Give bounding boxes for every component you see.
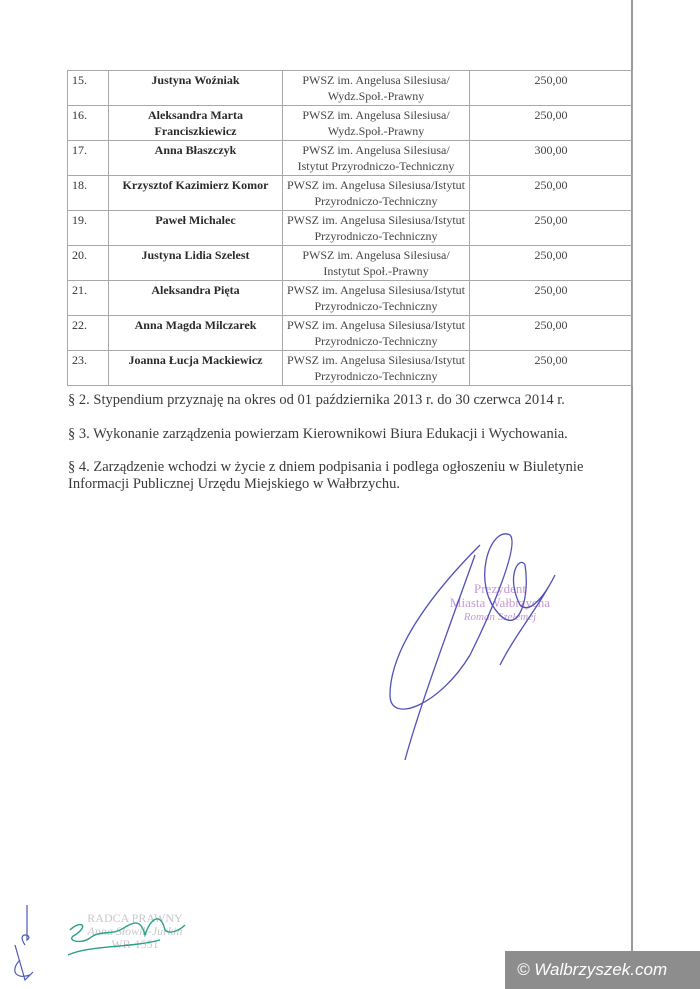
amount: 250,00 [470,211,633,246]
row-number: 19. [68,211,109,246]
institution: PWSZ im. Angelusa Silesiusa/ Instytut Sp… [283,246,470,281]
institution: PWSZ im. Angelusa Silesiusa/Istytut Przy… [283,281,470,316]
row-number: 22. [68,316,109,351]
row-number: 16. [68,106,109,141]
amount: 250,00 [470,281,633,316]
table-row: 16. Aleksandra Marta Franciszkiewicz PWS… [68,106,633,141]
student-name: Aleksandra Marta Franciszkiewicz [109,106,283,141]
table-row: 22. Anna Magda Milczarek PWSZ im. Angelu… [68,316,633,351]
amount: 250,00 [470,106,633,141]
table-row: 20. Justyna Lidia Szelest PWSZ im. Angel… [68,246,633,281]
scholarship-table: 15. Justyna Woźniak PWSZ im. Angelusa Si… [67,70,633,386]
institution: PWSZ im. Angelusa Silesiusa/ Wydz.Społ.-… [283,106,470,141]
row-number: 15. [68,71,109,106]
table-row: 21. Aleksandra Pięta PWSZ im. Angelusa S… [68,281,633,316]
amount: 250,00 [470,71,633,106]
table-row: 17. Anna Błaszczyk PWSZ im. Angelusa Sil… [68,141,633,176]
institution: PWSZ im. Angelusa Silesiusa/Istytut Przy… [283,316,470,351]
amount: 250,00 [470,176,633,211]
institution: PWSZ im. Angelusa Silesiusa/ Wydz.Społ.-… [283,71,470,106]
paragraph-3: § 3. Wykonanie zarządzenia powierzam Kie… [68,426,628,443]
initials-mark [5,900,45,985]
table-row: 15. Justyna Woźniak PWSZ im. Angelusa Si… [68,71,633,106]
row-number: 23. [68,351,109,386]
paragraph-4: § 4. Zarządzenie wchodzi w życie z dniem… [68,459,648,493]
row-number: 18. [68,176,109,211]
student-name: Anna Błaszczyk [109,141,283,176]
student-name: Justyna Woźniak [109,71,283,106]
student-name: Paweł Michalec [109,211,283,246]
institution: PWSZ im. Angelusa Silesiusa/Istytut Przy… [283,351,470,386]
student-name: Krzysztof Kazimierz Komor [109,176,283,211]
amount: 250,00 [470,316,633,351]
row-number: 21. [68,281,109,316]
president-signature [380,525,580,775]
table-row: 23. Joanna Łucja Mackiewicz PWSZ im. Ang… [68,351,633,386]
student-name: Joanna Łucja Mackiewicz [109,351,283,386]
watermark: © Walbrzyszek.com [505,951,700,989]
institution: PWSZ im. Angelusa Silesiusa/ Istytut Prz… [283,141,470,176]
legal-signature [60,910,190,970]
table-row: 19. Paweł Michalec PWSZ im. Angelusa Sil… [68,211,633,246]
row-number: 17. [68,141,109,176]
institution: PWSZ im. Angelusa Silesiusa/Istytut Przy… [283,176,470,211]
amount: 250,00 [470,246,633,281]
paragraph-2: § 2. Stypendium przyznaję na okres od 01… [68,392,628,409]
amount: 250,00 [470,351,633,386]
student-name: Anna Magda Milczarek [109,316,283,351]
row-number: 20. [68,246,109,281]
student-name: Aleksandra Pięta [109,281,283,316]
institution: PWSZ im. Angelusa Silesiusa/Istytut Przy… [283,211,470,246]
student-name: Justyna Lidia Szelest [109,246,283,281]
amount: 300,00 [470,141,633,176]
table-row: 18. Krzysztof Kazimierz Komor PWSZ im. A… [68,176,633,211]
